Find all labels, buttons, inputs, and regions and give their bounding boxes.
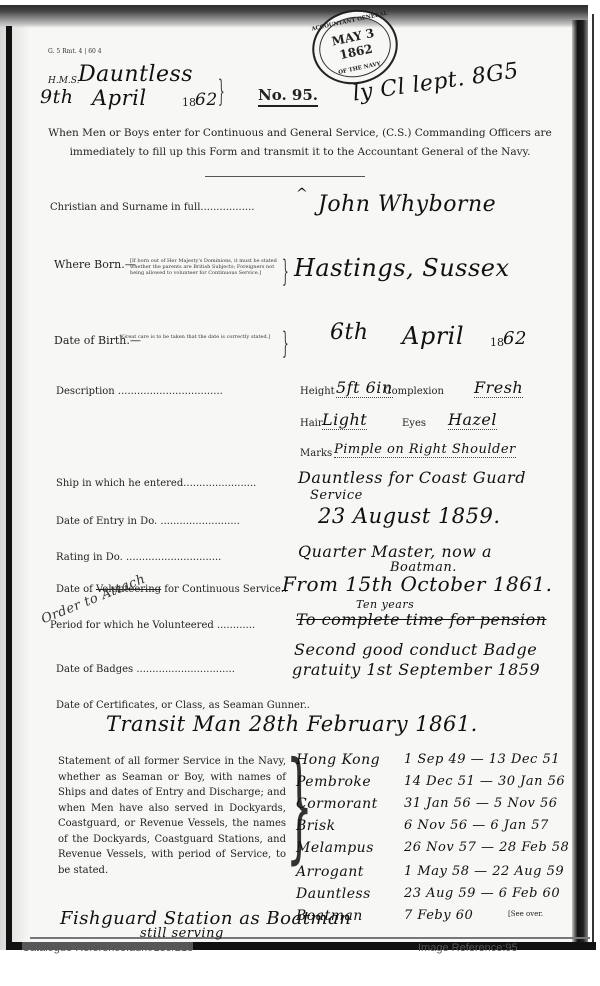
- name-value: John Whyborne: [318, 192, 496, 217]
- marks-value: Pimple on Right Shoulder: [334, 442, 516, 458]
- height-label: Height: [300, 386, 335, 397]
- volunteering-label-suffix: for Continuous Service..: [161, 584, 287, 595]
- service-ship: Melampus: [296, 840, 374, 856]
- ship-header: Dauntless: [78, 62, 193, 87]
- service-entry: Pembroke 14 Dec 51 — 30 Jan 56: [296, 774, 572, 796]
- document-page: G. 5 Rmt. 4 | 60 4 H.M.S. Dauntless 9th …: [0, 0, 600, 986]
- see-over-note: [See over.: [508, 910, 543, 918]
- service-dates: 31 Jan 56 — 5 Nov 56: [404, 796, 558, 811]
- volunteering-value: From 15th October 1861.: [282, 572, 553, 596]
- ship-entered-value-line1: Dauntless for Coast Guard: [298, 468, 526, 487]
- where-born-value: Hastings, Sussex: [294, 254, 510, 282]
- service-entry: Dauntless 23 Aug 59 — 6 Feb 60: [296, 886, 572, 908]
- rating-value-line1: Quarter Master, now a: [298, 542, 492, 561]
- where-born-brace: }: [282, 254, 289, 289]
- period-label: Period for which he Volunteered ........…: [50, 620, 255, 631]
- complexion-label: Complexion: [384, 386, 444, 397]
- service-entry: Melampus 26 Nov 57 — 28 Feb 58: [296, 840, 572, 862]
- service-ship: Arrogant: [296, 864, 364, 880]
- service-dates: 1 May 58 — 22 Aug 59: [404, 864, 564, 879]
- ship-entered-label: Ship in which he entered................…: [56, 478, 256, 489]
- ship-entered-value-line2: Service: [310, 488, 363, 503]
- service-ship: Pembroke: [296, 774, 371, 790]
- header-date-year-print: 18: [182, 96, 196, 109]
- form-code: G. 5 Rmt. 4 | 60 4: [48, 48, 102, 55]
- service-dates: 23 Aug 59 — 6 Feb 60: [404, 886, 560, 901]
- former-service-footer-line2: still serving: [140, 926, 224, 941]
- catalogue-reference: Catalogue Reference:adm/139/218: [22, 942, 193, 954]
- eyes-label: Eyes: [402, 418, 426, 429]
- form-number: No. 95.: [258, 86, 318, 107]
- badges-label: Date of Badges .........................…: [56, 664, 235, 675]
- service-dates: 7 Feby 60: [404, 908, 473, 923]
- description-label: Description ............................…: [56, 386, 223, 397]
- badges-value-line1: Second good conduct Badge: [294, 640, 537, 659]
- header-rule: [205, 176, 365, 177]
- header-date-year-hand: 62: [195, 90, 218, 110]
- entry-date-value: 23 August 1859.: [318, 504, 501, 528]
- certificates-label: Date of Certificates, or Class, as Seama…: [56, 700, 310, 711]
- dob-day: 6th: [330, 320, 369, 345]
- header-brace: }: [218, 74, 225, 109]
- service-ship: Cormorant: [296, 796, 378, 812]
- complexion-value: Fresh: [474, 378, 523, 398]
- scan-right-line: [592, 14, 594, 954]
- service-entry: Brisk 6 Nov 56 — 6 Jan 57: [296, 818, 572, 840]
- service-dates: 1 Sep 49 — 13 Dec 51: [404, 752, 560, 767]
- service-entry: Arrogant 1 May 58 — 22 Aug 59: [296, 864, 572, 886]
- service-dates: 14 Dec 51 — 30 Jan 56: [404, 774, 565, 789]
- where-born-note: [If born out of Her Majesty's Dominions,…: [130, 258, 280, 276]
- scan-bottom-line: [30, 937, 590, 939]
- dob-year-print: 18: [490, 336, 504, 349]
- service-ship: Hong Kong: [296, 752, 380, 768]
- scan-bottom-margin: [0, 950, 600, 986]
- dob-month: April: [402, 322, 464, 350]
- hair-label: Hair: [300, 418, 323, 429]
- period-value-struck: To complete time for pension: [296, 610, 547, 629]
- scan-left-border: [6, 26, 12, 946]
- image-reference: Image Reference:95: [418, 942, 518, 954]
- marks-label: Marks: [300, 448, 332, 459]
- name-label: Christian and Surname in full...........…: [50, 202, 254, 213]
- volunteering-margin-note: Order to Attach: [39, 572, 147, 627]
- former-service-label: Statement of all former Service in the N…: [58, 754, 286, 878]
- service-ship: Brisk: [296, 818, 336, 834]
- scan-right-margin: [588, 0, 600, 986]
- service-dates: 26 Nov 57 — 28 Feb 58: [404, 840, 569, 855]
- certificates-value: Transit Man 28th February 1861.: [106, 712, 478, 736]
- service-dates: 6 Nov 56 — 6 Jan 57: [404, 818, 549, 833]
- service-entry: Cormorant 31 Jan 56 — 5 Nov 56: [296, 796, 572, 818]
- dob-note: [Great care is to be taken that the date…: [120, 334, 280, 340]
- where-born-label: Where Born.—: [54, 258, 136, 271]
- dob-brace: }: [282, 326, 289, 361]
- caret-mark: ^: [296, 186, 308, 202]
- form-instructions: When Men or Boys enter for Continuous an…: [20, 124, 580, 162]
- scan-top-margin: [0, 0, 600, 5]
- hair-value: Light: [322, 410, 367, 430]
- eyes-value: Hazel: [448, 410, 497, 430]
- service-entry: Hong Kong 1 Sep 49 — 13 Dec 51: [296, 752, 572, 774]
- service-ship: Dauntless: [296, 886, 371, 902]
- entry-date-label: Date of Entry in Do. ...................…: [56, 516, 240, 527]
- badges-value-line2: gratuity 1st September 1859: [292, 660, 540, 679]
- rating-label: Rating in Do. ..........................…: [56, 552, 221, 563]
- dob-year-hand: 62: [503, 328, 527, 349]
- hms-prefix: H.M.S.: [48, 76, 80, 86]
- header-date-day: 9th: [40, 86, 73, 108]
- header-date-month: April: [92, 86, 147, 110]
